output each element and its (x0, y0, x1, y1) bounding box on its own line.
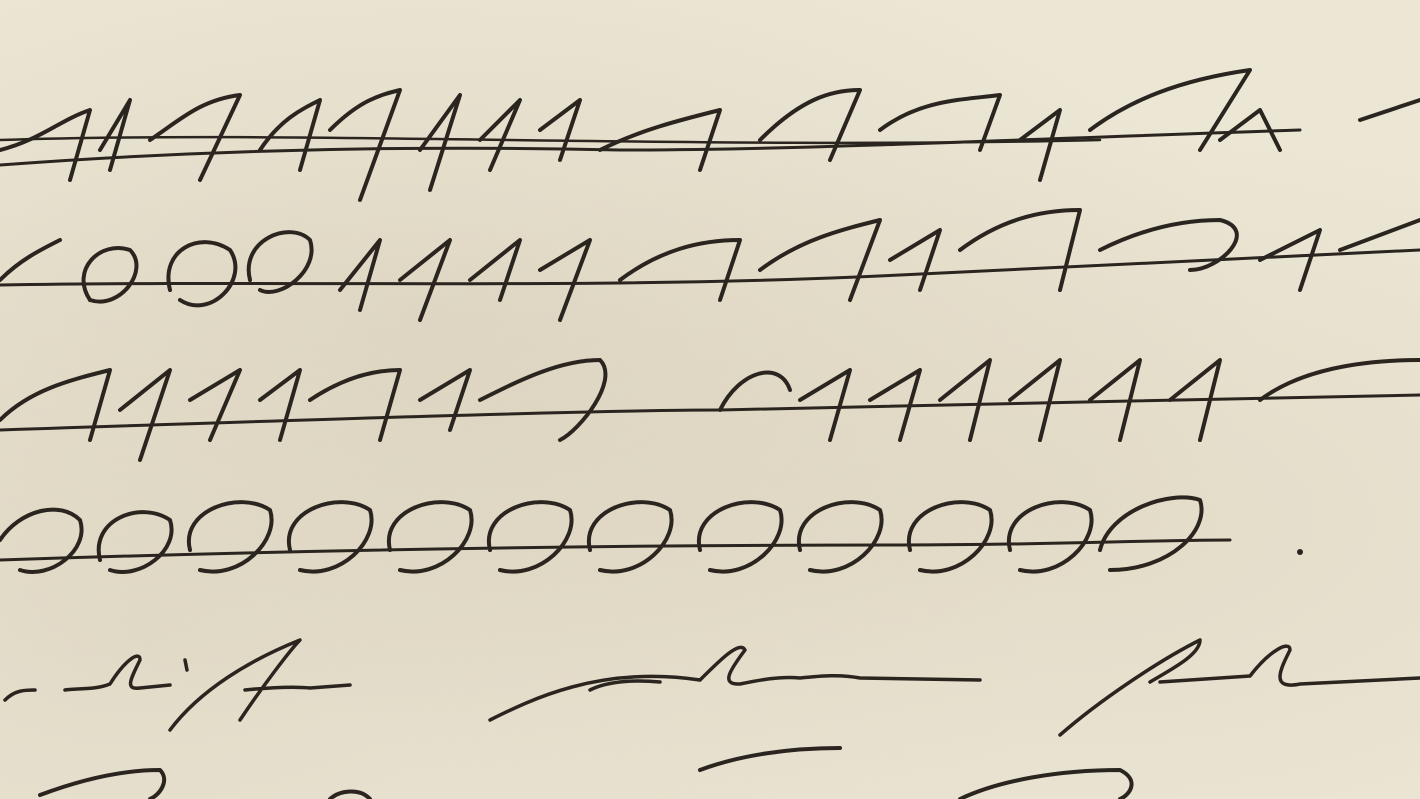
struck-line-2 (0, 210, 1420, 320)
struck-line-3 (0, 360, 1420, 460)
partial-line-6 (40, 748, 1132, 799)
period-mark (1297, 549, 1303, 555)
manuscript-page: r diesen erhalten haben (0, 0, 1420, 799)
struck-line-1 (0, 70, 1420, 200)
struck-line-4 (0, 497, 1303, 572)
